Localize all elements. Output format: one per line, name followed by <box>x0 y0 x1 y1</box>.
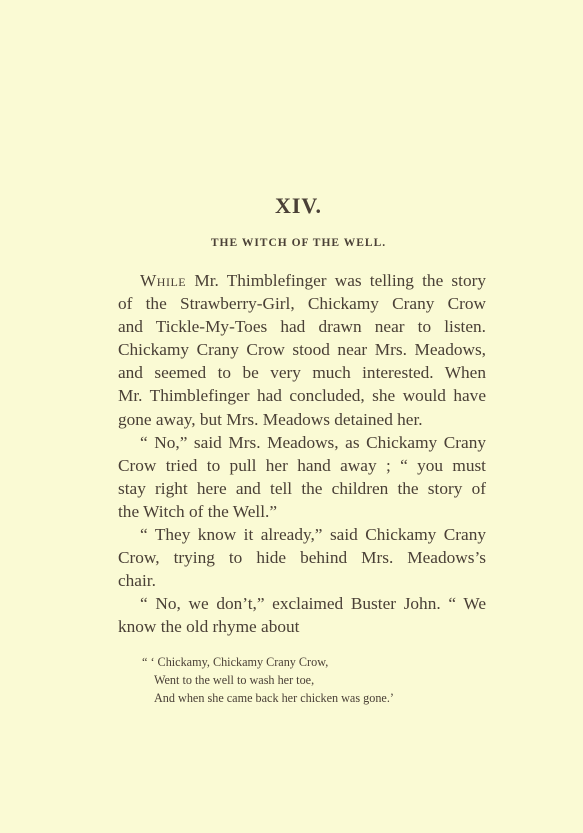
text-line: Mr. Thimblefinger had concluded, she wou… <box>97 384 486 407</box>
verse-line: “ ‘ Chickamy, Chickamy Crany Crow, <box>142 653 394 671</box>
text-line: While Mr. Thimblefinger was telling the … <box>97 269 486 292</box>
text-line: chair. <box>97 569 486 592</box>
text-line: Crow, trying to hide behind Mrs. Meadows… <box>97 546 486 569</box>
text-line: “ No,” said Mrs. Meadows, as Chickamy Cr… <box>97 431 486 454</box>
text-line: Chickamy Crany Crow stood near Mrs. Mead… <box>97 338 486 361</box>
text-line: and Tickle-My-Toes had drawn near to lis… <box>97 315 486 338</box>
book-page: XIV. THE WITCH OF THE WELL. While Mr. Th… <box>0 0 583 833</box>
verse-line: Went to the well to wash her toe, <box>142 671 394 689</box>
text-line: of the Strawberry-Girl, Chickamy Crany C… <box>97 292 486 315</box>
paragraph-3: “ They know it already,” said Chickamy C… <box>97 523 486 592</box>
opening-word: While <box>140 271 186 290</box>
text-line: “ No, we don’t,” exclaimed Buster John. … <box>97 592 486 615</box>
text-line: Crow tried to pull her hand away ; “ you… <box>97 454 486 477</box>
paragraph-1: While Mr. Thimblefinger was telling the … <box>97 269 486 431</box>
text-line: “ They know it already,” said Chickamy C… <box>97 523 486 546</box>
chapter-number: XIV. <box>0 193 583 219</box>
text-line: gone away, but Mrs. Meadows detained her… <box>97 408 486 431</box>
verse-line: And when she came back her chicken was g… <box>142 689 394 707</box>
verse-quote: “ ‘ Chickamy, Chickamy Crany Crow, Went … <box>142 653 394 707</box>
text-line: stay right here and tell the children th… <box>97 477 486 500</box>
chapter-title: THE WITCH OF THE WELL. <box>0 237 583 249</box>
paragraph-2: “ No,” said Mrs. Meadows, as Chickamy Cr… <box>97 431 486 523</box>
paragraph-4: “ No, we don’t,” exclaimed Buster John. … <box>97 592 486 638</box>
text-line: know the old rhyme about <box>97 615 486 638</box>
text-line: the Witch of the Well.” <box>97 500 486 523</box>
body-text: While Mr. Thimblefinger was telling the … <box>97 269 486 639</box>
text-line: and seemed to be very much interested. W… <box>97 361 486 384</box>
